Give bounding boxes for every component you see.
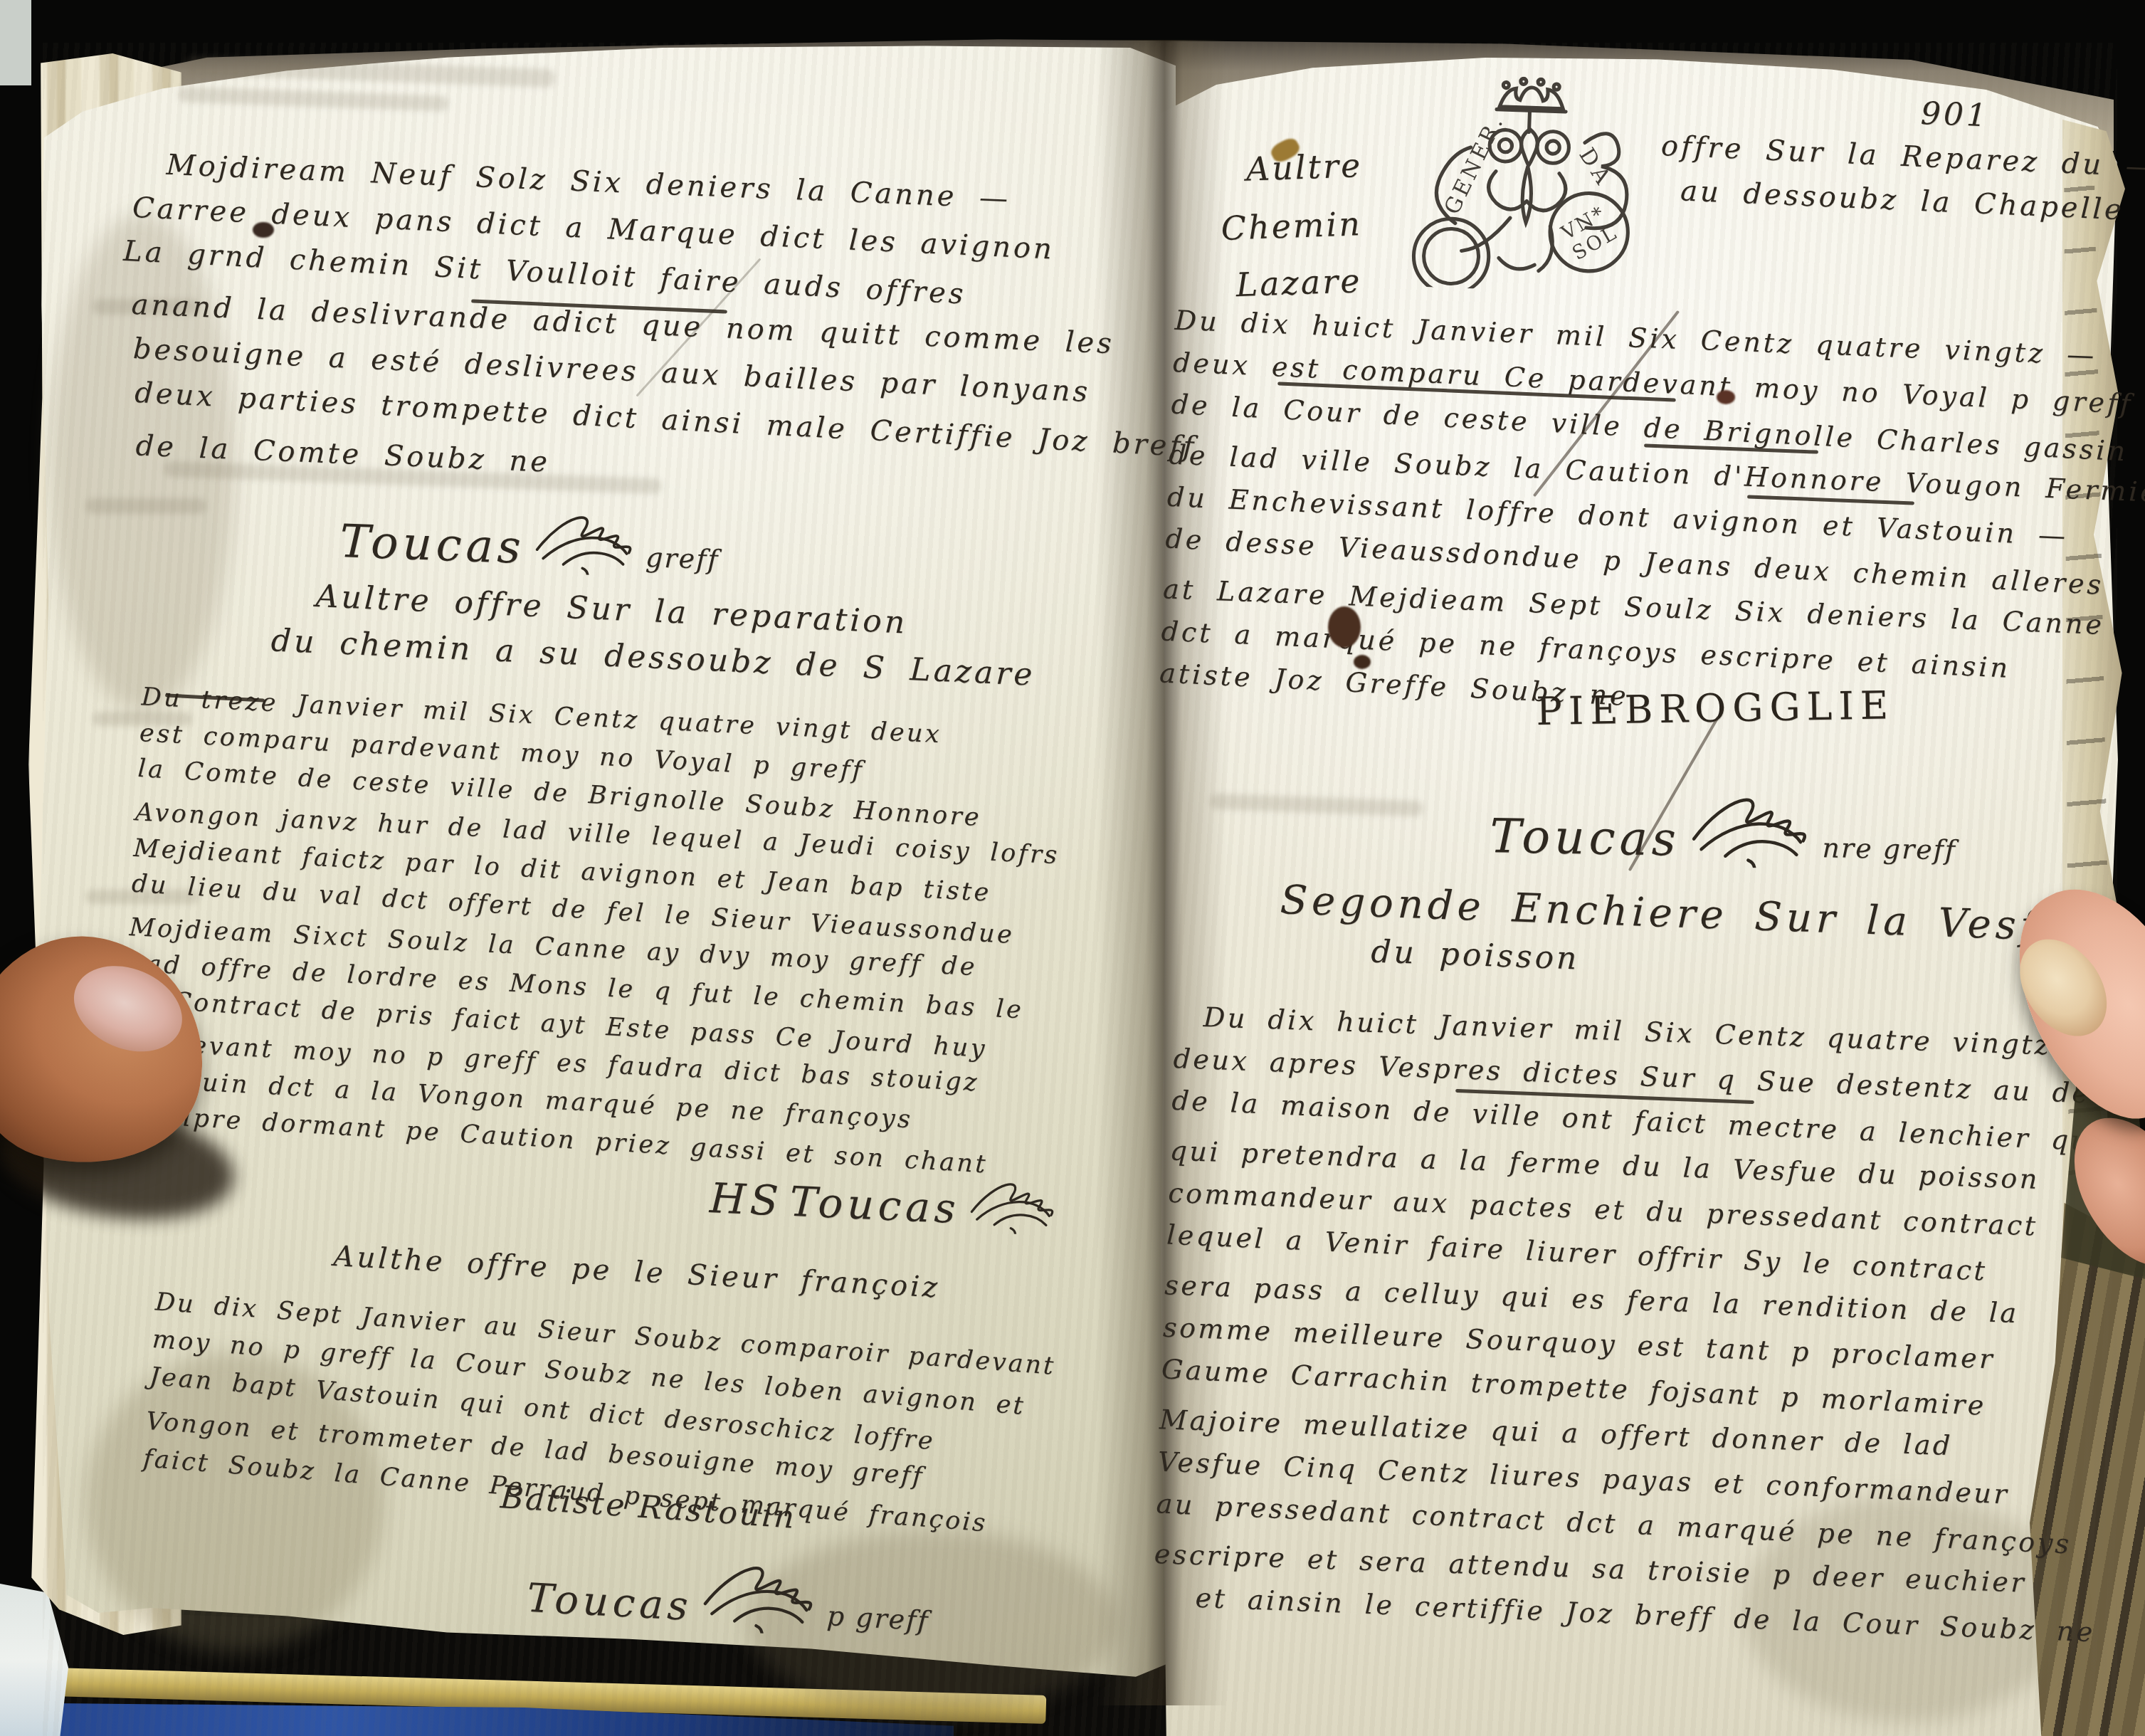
- right-paragraph-1: Du dix huict Janvier mil Six Centz quatr…: [1158, 302, 2145, 749]
- signature-flourish: [1687, 778, 1816, 869]
- table-corner-light: [0, 0, 31, 85]
- left-paragraph-1: Mojdiream Neuf Solz Six deniers la Canne…: [152, 146, 1208, 522]
- signature: Toucas: [526, 1575, 693, 1630]
- margin-note-line: Aultre: [1245, 146, 1363, 189]
- tax-stamp: GENER. DA VN* SOL: [1407, 73, 1652, 294]
- signature: Toucas: [1490, 809, 1681, 867]
- left-paragraph-2: Du treze Janvier mil Six Centz quatre vi…: [118, 680, 1066, 1189]
- signature-title: p greff: [826, 1600, 929, 1642]
- margin-note-line: Lazare: [1235, 261, 1367, 304]
- signature-flourish: [531, 496, 641, 578]
- notary-mark: HS: [709, 1174, 784, 1225]
- signature: Toucas: [339, 515, 526, 574]
- signature-title: greff: [645, 542, 720, 582]
- signature-title: nre greff: [1822, 832, 1956, 871]
- margin-note: Aultre Chemin Lazare: [1218, 146, 1367, 305]
- ink-blot: [1354, 655, 1371, 669]
- ink-blot: [1328, 606, 1361, 648]
- signature-flourish: [698, 1545, 823, 1637]
- written-name-caps: PIEBROGGLIE: [1536, 683, 1895, 734]
- ink-blot: [253, 222, 274, 238]
- stamp-right-text: DA: [1574, 144, 1618, 192]
- margin-note-line: Chemin: [1221, 204, 1365, 248]
- signature-flourish: [966, 1166, 1061, 1238]
- stamp-left-text: GENER.: [1440, 110, 1509, 219]
- right-signature-1: Toucas nre greff: [1490, 774, 1958, 871]
- manuscript-photo: Mojdiream Neuf Solz Six deniers la Canne…: [0, 0, 2145, 1736]
- ink-showthrough: [85, 498, 206, 514]
- page-number: 901: [1920, 95, 1990, 134]
- ink-blot: [1717, 390, 1735, 404]
- signature: Toucas: [789, 1177, 961, 1233]
- left-signature-1: Toucas greff: [339, 490, 721, 582]
